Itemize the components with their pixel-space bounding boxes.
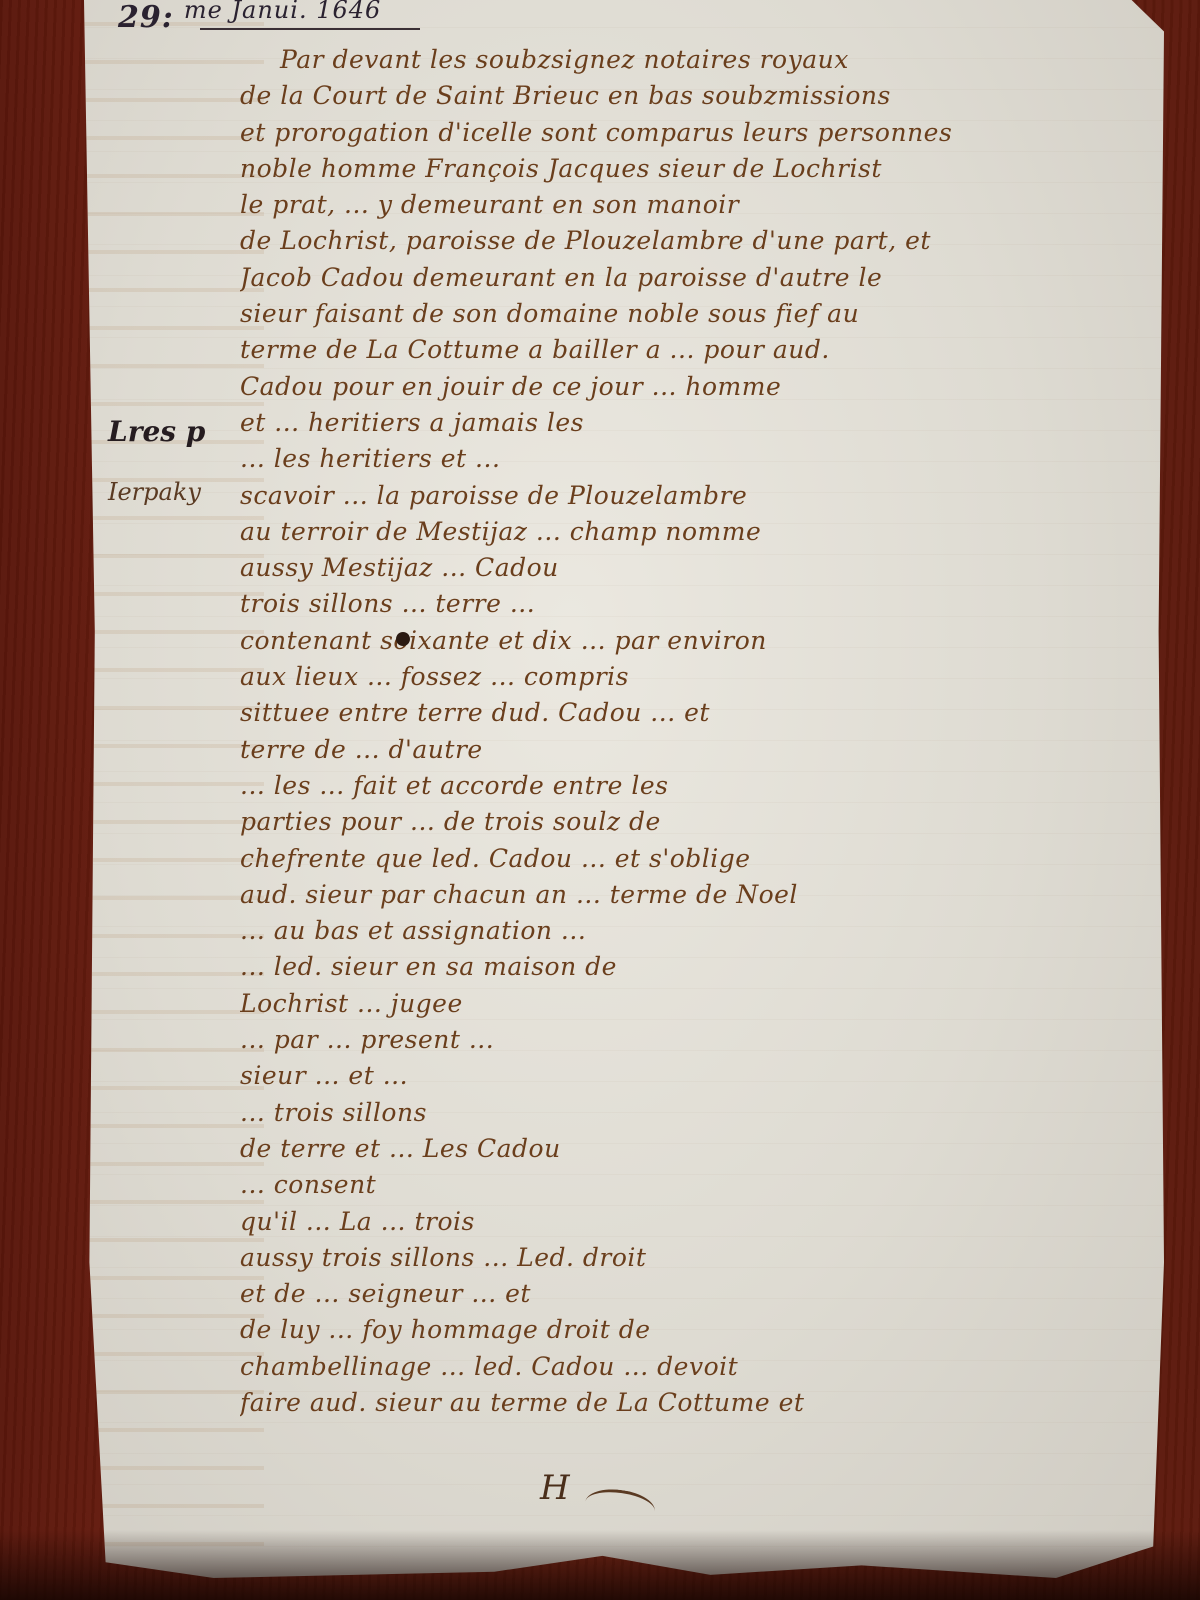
text-line: aux lieux ... fossez ... compris — [240, 659, 1140, 695]
text-line: contenant soixante et dix ... par enviro… — [240, 623, 1140, 659]
manuscript-body: Par devant les soubzsignez notaires roya… — [240, 42, 1140, 1421]
text-line: Jacob Cadou demeurant en la paroisse d'a… — [240, 260, 1140, 296]
text-line: Cadou pour en jouir de ce jour ... homme — [240, 369, 1140, 405]
text-line: et ... heritiers a jamais les — [240, 405, 1140, 441]
text-line: le prat, ... y demeurant en son manoir — [240, 187, 1140, 223]
text-line: aussy Mestijaz ... Cadou — [240, 550, 1140, 586]
text-line: Lochrist ... jugee — [240, 986, 1140, 1022]
text-line: chambellinage ... led. Cadou ... devoit — [240, 1349, 1140, 1385]
margin-note-2: Ierpaky — [108, 478, 201, 506]
text-line: ... les heritiers et ... — [240, 441, 1140, 477]
text-line: chefrente que led. Cadou ... et s'oblige — [240, 841, 1140, 877]
date-day: 29: — [118, 0, 174, 35]
text-line: aussy trois sillons ... Led. droit — [240, 1240, 1140, 1276]
text-line: aud. sieur par chacun an ... terme de No… — [240, 877, 1140, 913]
header-underline — [200, 28, 420, 30]
text-line: sittuee entre terre dud. Cadou ... et — [240, 695, 1140, 731]
bottom-shadow — [0, 1530, 1200, 1600]
ink-blot — [396, 632, 410, 646]
text-line: ... led. sieur en sa maison de — [240, 949, 1140, 985]
date-header: 29: me Janui. 1646 — [118, 0, 381, 36]
text-line: ... au bas et assignation ... — [240, 913, 1140, 949]
text-line: faire aud. sieur au terme de La Cottume … — [240, 1385, 1140, 1421]
margin-note-1: Lres p — [108, 415, 205, 448]
date-month-year: me Janui. 1646 — [184, 0, 381, 24]
text-line: ... consent — [240, 1167, 1140, 1203]
text-line: de la Court de Saint Brieuc en bas soubz… — [240, 78, 1140, 114]
text-line: noble homme François Jacques sieur de Lo… — [240, 151, 1140, 187]
text-line: terme de La Cottume a bailler a ... pour… — [240, 332, 1140, 368]
signature-mark: H — [540, 1468, 570, 1508]
text-line: de luy ... foy hommage droit de — [240, 1312, 1140, 1348]
text-line: ... trois sillons — [240, 1095, 1140, 1131]
text-line: ... les ... fait et accorde entre les — [240, 768, 1140, 804]
text-line: trois sillons ... terre ... — [240, 586, 1140, 622]
text-line: sieur ... et ... — [240, 1058, 1140, 1094]
bleed-through-stains — [84, 0, 264, 1578]
text-line: scavoir ... la paroisse de Plouzelambre — [240, 478, 1140, 514]
text-line: parties pour ... de trois soulz de — [240, 804, 1140, 840]
text-line: sieur faisant de son domaine noble sous … — [240, 296, 1140, 332]
text-line: de Lochrist, paroisse de Plouzelambre d'… — [240, 223, 1140, 259]
text-line: et de ... seigneur ... et — [240, 1276, 1140, 1312]
text-line: qu'il ... La ... trois — [240, 1204, 1140, 1240]
text-line: Par devant les soubzsignez notaires roya… — [240, 42, 1140, 78]
text-line: terre de ... d'autre — [240, 732, 1140, 768]
text-line: de terre et ... Les Cadou — [240, 1131, 1140, 1167]
text-line: et prorogation d'icelle sont comparus le… — [240, 115, 1140, 151]
text-line: au terroir de Mestijaz ... champ nomme — [240, 514, 1140, 550]
text-line: ... par ... present ... — [240, 1022, 1140, 1058]
